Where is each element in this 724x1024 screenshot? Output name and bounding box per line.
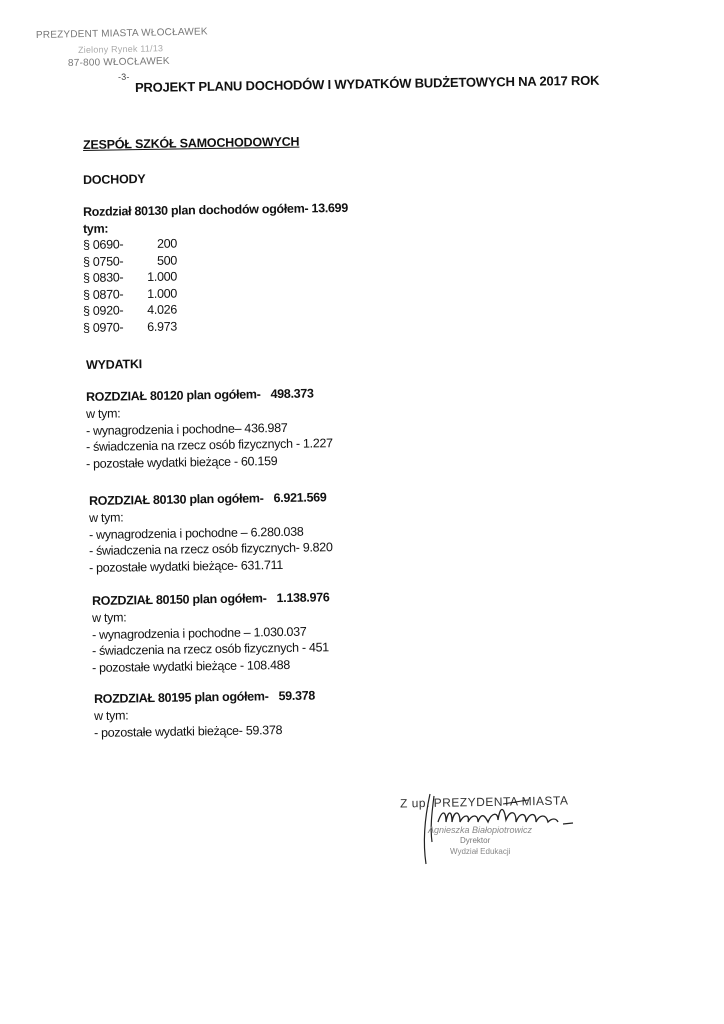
section-title-text: ROZDZIAŁ 80195 plan ogółem- [94, 689, 269, 706]
income-item-code: § 0870- [83, 287, 137, 302]
section-total: 1.138.976 [276, 590, 329, 605]
signature-block: Z up. PREZYDENTA MIASTA Agnieszka Białop… [400, 792, 580, 882]
stamp-line-3: 87-800 WŁOCŁAWEK [68, 56, 170, 69]
section-title-text: ROZDZIAŁ 80120 plan ogółem- [86, 387, 261, 404]
section-w-tym-label: w tym: [89, 510, 124, 525]
expense-section-title: ROZDZIAŁ 80130 plan ogółem-6.921.569 [89, 490, 327, 508]
section-w-tym-label: w tym: [94, 708, 129, 723]
income-item-code: § 0690- [83, 237, 137, 252]
income-summary: Rozdział 80130 plan dochodów ogółem- 13.… [83, 201, 348, 219]
section-title-text: ROZDZIAŁ 80150 plan ogółem- [92, 591, 267, 608]
income-item: § 0920-4.026 [83, 303, 177, 318]
income-item-value: 1.000 [137, 286, 177, 301]
income-item-code: § 0830- [83, 270, 137, 285]
income-item: § 0830-1.000 [83, 270, 177, 285]
section-total: 59.378 [278, 689, 315, 704]
income-item: § 0750-500 [83, 253, 177, 268]
expense-item: - pozostałe wydatki bieżące - 108.488 [92, 657, 290, 674]
page-number-mark: -3- [118, 72, 130, 82]
stamp-line-1: PREZYDENT MIASTA WŁOCŁAWEK [36, 26, 208, 41]
expense-item: - wynagrodzenia i pochodne– 436.987 [86, 420, 288, 437]
income-item-code: § 0920- [83, 303, 137, 318]
expense-item: - pozostałe wydatki bieżące - 60.159 [86, 453, 278, 470]
signatory-role: Dyrektor [460, 836, 490, 845]
section-w-tym-label: w tym: [92, 610, 127, 625]
expense-item: - pozostałe wydatki bieżące- 59.378 [94, 723, 282, 740]
income-item-value: 200 [137, 237, 177, 252]
expense-item: - świadczenia na rzecz osób fizycznych- … [89, 540, 333, 558]
income-item-code: § 0750- [83, 254, 137, 269]
expense-item: - pozostałe wydatki bieżące- 631.711 [89, 557, 283, 574]
income-item: § 0970-6.973 [83, 319, 177, 334]
section-w-tym-label: w tym: [86, 406, 121, 421]
income-tym-label: tym: [83, 222, 108, 236]
expense-item: - świadczenia na rzecz osób fizycznych -… [92, 640, 329, 658]
expense-item: - wynagrodzenia i pochodne – 1.030.037 [92, 624, 307, 641]
income-item-value: 4.026 [137, 303, 177, 318]
income-item-value: 1.000 [137, 270, 177, 285]
section-total: 6.921.569 [273, 490, 326, 505]
signatory-name: Agnieszka Białopiotrowicz [428, 825, 532, 835]
income-item-value: 6.973 [137, 319, 177, 334]
income-heading: DOCHODY [83, 172, 146, 187]
expense-section-title: ROZDZIAŁ 80150 plan ogółem-1.138.976 [92, 590, 330, 608]
signatory-department: Wydział Edukacji [450, 847, 510, 856]
income-item: § 0870-1.000 [83, 286, 177, 301]
income-item: § 0690-200 [83, 237, 177, 252]
expense-section-title: ROZDZIAŁ 80120 plan ogółem-498.373 [86, 386, 314, 404]
expense-item: - wynagrodzenia i pochodne – 6.280.038 [89, 524, 304, 541]
section-total: 498.373 [270, 386, 313, 401]
expense-section-title: ROZDZIAŁ 80195 plan ogółem-59.378 [94, 689, 315, 706]
expense-item: - świadczenia na rzecz osób fizycznych -… [86, 436, 333, 454]
income-item-value: 500 [137, 253, 177, 268]
income-item-code: § 0970- [83, 320, 137, 335]
expenses-heading: WYDATKI [86, 357, 142, 372]
section-title-text: ROZDZIAŁ 80130 plan ogółem- [89, 491, 264, 508]
stamp-line-2: Zielony Rynek 11/13 [78, 43, 163, 55]
document-title: PROJEKT PLANU DOCHODÓW I WYDATKÓW BUDŻET… [135, 73, 600, 95]
unit-name: ZESPÓŁ SZKÓŁ SAMOCHODOWYCH [83, 135, 300, 152]
